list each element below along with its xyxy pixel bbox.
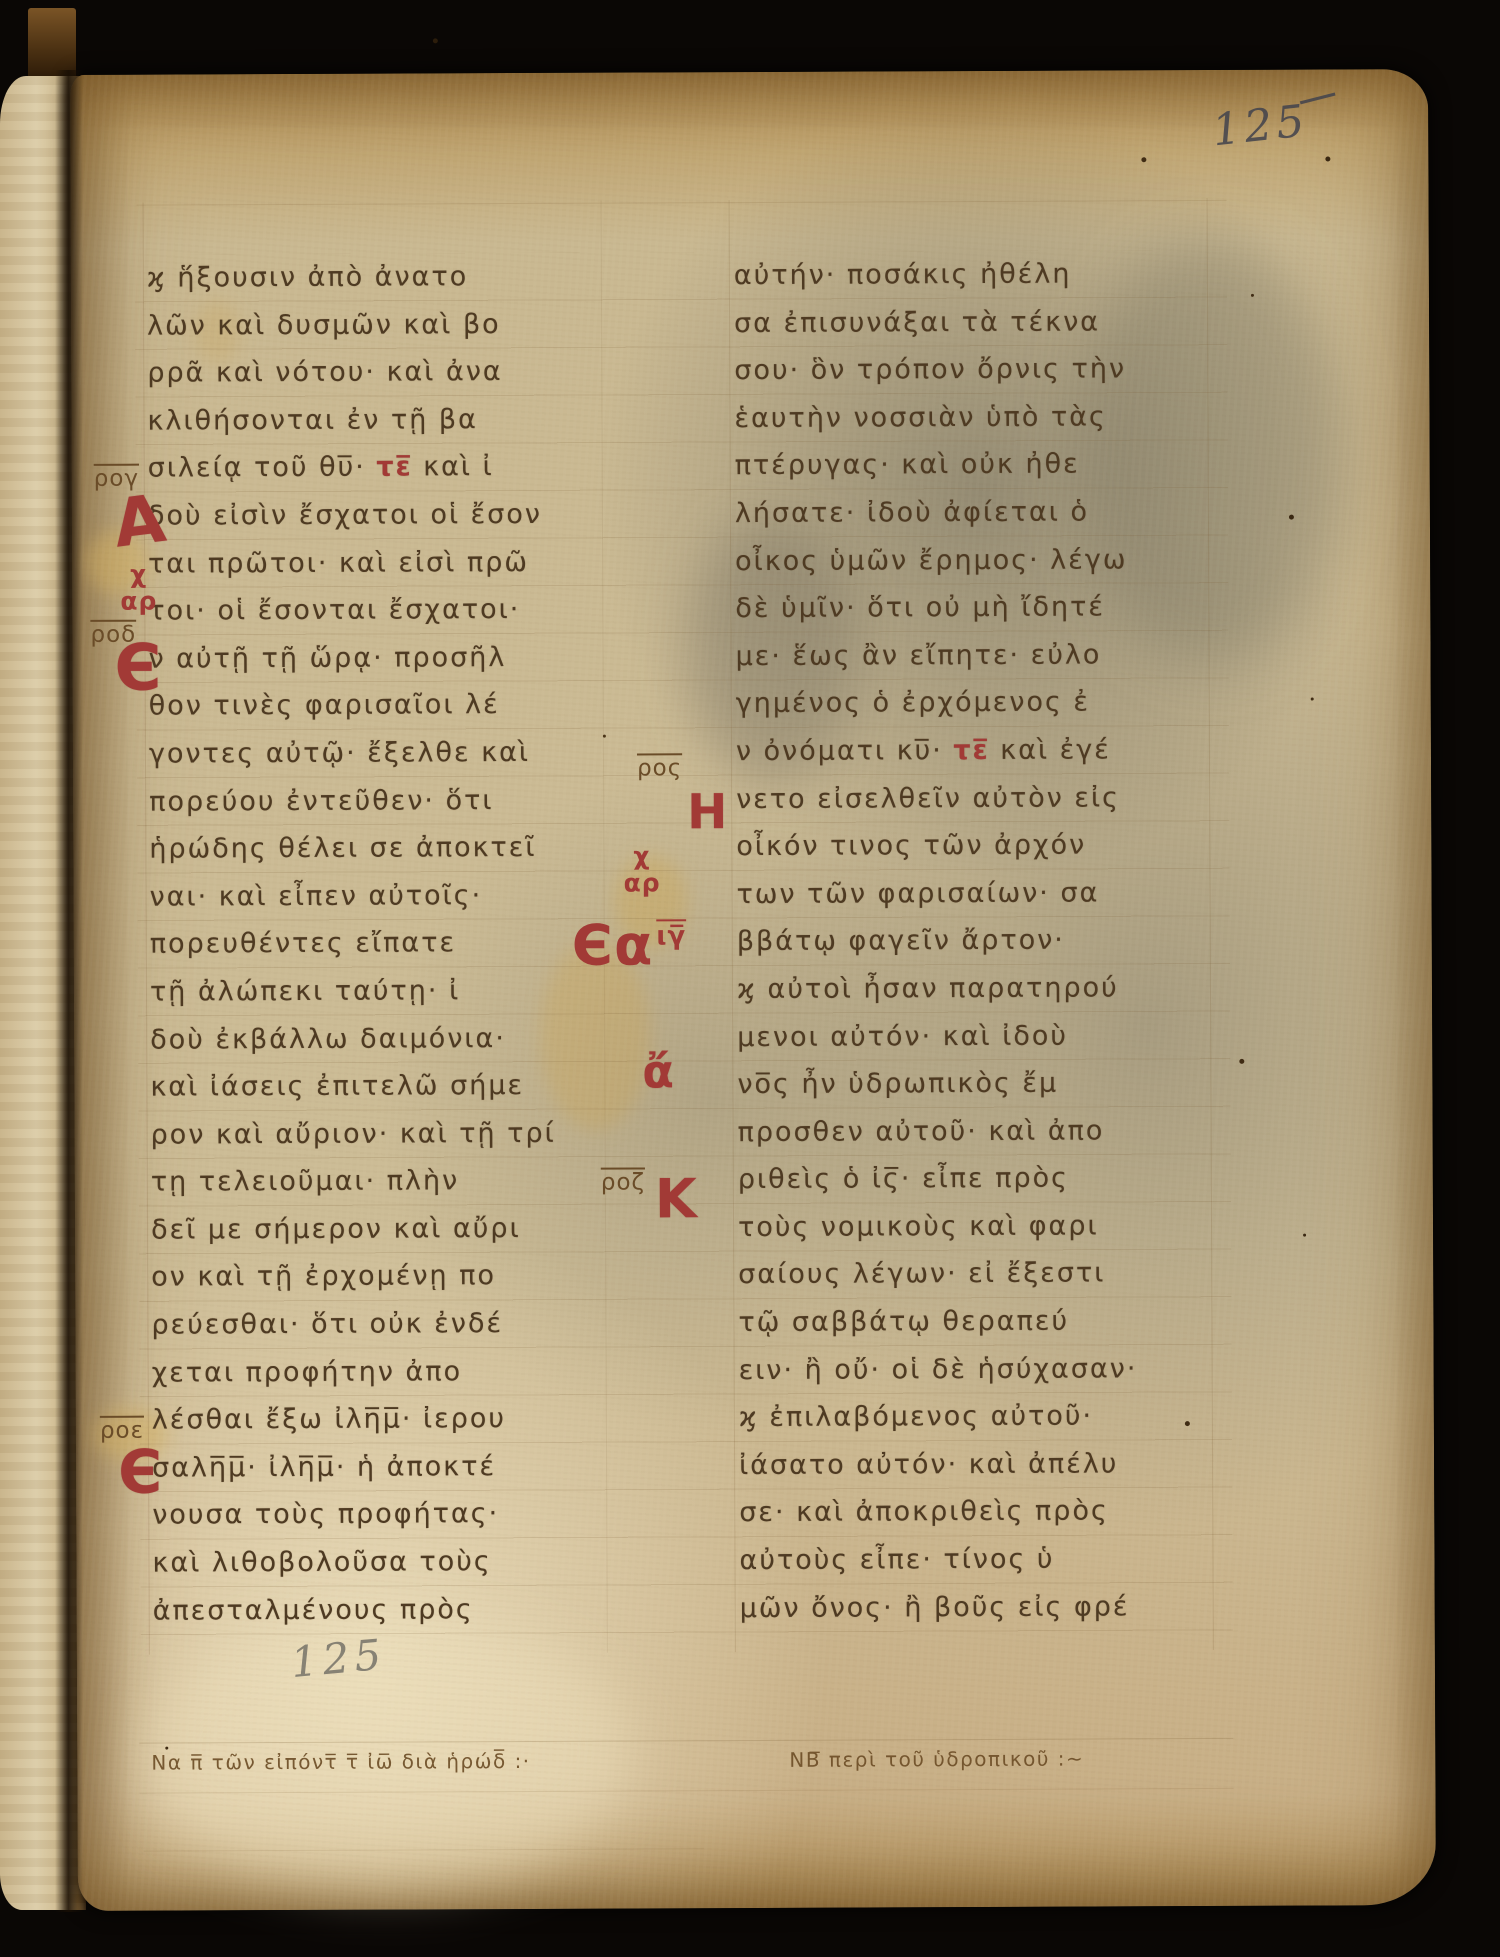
manuscript-photo: ϗ ἥξουσιν ἀπὸ ἀνατολῶν καὶ δυσμῶν καὶ βο… (0, 0, 1500, 1957)
text-column-left: ϗ ἥξουσιν ἀπὸ ἀνατολῶν καὶ δυσμῶν καὶ βο… (147, 252, 645, 1634)
text-line: λέσθαι ἔξω ἰλη̅μ̅· ἰερου (152, 1395, 644, 1445)
text-line: ἰάσατο αὐτόν· καὶ ἀπέλυ (739, 1440, 1231, 1490)
euaggelion-number: ιγ̅ (656, 921, 686, 951)
text-line: πτέρυγας· καὶ οὐκ ἠθε (735, 440, 1227, 490)
text-line: ϗ αὐτοὶ ἦσαν παρατηρού (737, 964, 1229, 1014)
text-line: ἡρώδης θέλει σε ἀποκτεῖ (149, 824, 641, 874)
text-line: σιλείᾳ τοῦ θυ̅· τε̅ καὶ ἰ (148, 443, 640, 493)
text-line: σε· καὶ ἀποκριθεὶς πρὸς (739, 1487, 1231, 1537)
text-line: οἶκόν τινος τῶν ἀρχόν (736, 821, 1228, 871)
text-line: νο̅ς ἦν ὑδρωπικὸς ἔμ (737, 1059, 1229, 1109)
rubric-initial-epsilon: Є (114, 637, 162, 701)
text-line: τῃ τελειοῦμαι· πλὴν (151, 1157, 643, 1207)
text-line: λῶν καὶ δυσμῶν καὶ βο (147, 300, 639, 350)
text-line: γημένος ὁ ἐρχόμενος ἐ (736, 678, 1228, 728)
text-line: λήσατε· ἰδοὺ ἀφίεται ὁ (735, 488, 1227, 538)
text-line: σα ἐπισυνάξαι τὰ τέκνα (734, 298, 1226, 348)
arche-lection-mark: χ αρ (623, 842, 660, 896)
text-line: ν ὀνόματι κυ̅· τε̅ καὶ ἐγέ (736, 726, 1228, 776)
manuscript-page: ϗ ἥξουσιν ἀπὸ ἀνατολῶν καὶ δυσμῶν καὶ βο… (70, 69, 1436, 1911)
text-line: σαίους λέγων· εἰ ἔξεστι (738, 1249, 1230, 1299)
text-line: ον καὶ τῇ ἐρχομένῃ πο (151, 1252, 643, 1302)
rubric-initial-kappa: Κ (655, 1172, 698, 1226)
ruling-line (139, 1738, 1233, 1744)
text-line: δεῖ με σήμερον καὶ αὔρι (151, 1204, 643, 1254)
ruling-line (144, 1848, 704, 1851)
text-line: των τῶν φαρισαίων· σα (736, 869, 1228, 919)
text-line: νετο εἰσελθεῖν αὐτὸν εἰς (736, 773, 1228, 823)
ammonian-section-number: ροζ (601, 1170, 645, 1195)
text-line: μενοι αὐτόν· καὶ ἰδοὺ (737, 1011, 1229, 1061)
rubric-initial-eta: Η (687, 788, 728, 836)
text-line: αὐτήν· ποσάκις ἠθέλη (734, 250, 1226, 300)
text-line: ρρᾶ καὶ νότου· καὶ ἀνα (147, 348, 639, 398)
text-column-right: αὐτήν· ποσάκις ἠθέλησα ἐπισυνάξαι τὰ τέκ… (734, 250, 1232, 1632)
rubric-initial-alpha: Α (110, 486, 170, 558)
folio-number-pencil: 125 (289, 1634, 388, 1685)
text-line: ρεύεσθαι· ὅτι οὐκ ἐνδέ (151, 1300, 643, 1350)
ammonian-section-number: ρος (637, 756, 682, 781)
text-line: γοντες αὐτῷ· ἔξελθε καὶ (149, 728, 641, 778)
euaggelion-initial: Єα (572, 913, 654, 978)
folio-number-ink: 125 (1210, 95, 1340, 153)
text-line: ειν· ἢ οὔ· οἱ δὲ ἡσύχασαν· (739, 1345, 1231, 1395)
book-gutter-shadow (55, 70, 83, 1912)
kephalaion-title-right: ΝΒ̅ περὶ τοῦ ὑδροπικοῦ :~ (789, 1747, 1084, 1772)
text-line: καὶ ἰάσεις ἐπιτελῶ σήμε (150, 1062, 642, 1112)
text-line: οἶκος ὑμῶν ἔρημος· λέγω (735, 535, 1227, 585)
text-line: μῶν ὄνος· ἢ βοῦς εἰς φρέ (740, 1583, 1232, 1633)
text-line: ϗ ἐπιλαβόμενος αὐτοῦ· (739, 1392, 1231, 1442)
text-line: τοι· οἱ ἔσονται ἔσχατοι· (148, 586, 640, 636)
arche-lection-mark: χ αρ (120, 561, 157, 615)
text-line: με· ἕως ἂν εἴπητε· εὐλο (735, 631, 1227, 681)
ruling-line (139, 1788, 1233, 1794)
text-line: ϗ ἥξουσιν ἀπὸ ἀνατο (147, 252, 639, 302)
text-line: ἑαυτὴν νοσσιὰν ὑπὸ τὰς (734, 393, 1226, 443)
text-line: θον τινὲς φαρισαῖοι λέ (149, 681, 641, 731)
text-line: ρον καὶ αὔριον· καὶ τῇ τρί (151, 1109, 643, 1159)
text-line: ββάτῳ φαγεῖν ἄρτον· (737, 916, 1229, 966)
text-line: ριθεὶς ὁ ἰς̅· εἶπε πρὸς (738, 1154, 1230, 1204)
text-line: δοὺ ἐκβάλλω δαιμόνια· (150, 1014, 642, 1064)
euaggelion-reference: Єαιγ̅ (572, 918, 687, 974)
text-line: τῇ ἀλώπεκι ταύτῃ· ἰ (150, 966, 642, 1016)
text-line: τοὺς νομικοὺς καὶ φαρι (738, 1202, 1230, 1252)
text-line: κλιθήσονται ἐν τῇ βα (147, 395, 639, 445)
ruling-line (137, 200, 1227, 206)
text-line: χεται προφήτην ἀπο (152, 1347, 644, 1397)
text-line: τῷ σαββάτῳ θεραπεύ (738, 1297, 1230, 1347)
text-line: ναι· καὶ εἶπεν αὐτοῖς· (149, 871, 641, 921)
text-line: ται πρῶτοι· καὶ εἰσὶ πρῶ (148, 538, 640, 588)
telos-rubric-mark: τε̅ (953, 735, 989, 766)
text-line: προσθεν αὐτοῦ· καὶ ἀπο (738, 1107, 1230, 1157)
text-line: ν αὐτῇ τῇ ὥρᾳ· προσῆλ (148, 633, 640, 683)
text-line: πορεύου ἐντεῦθεν· ὅτι (149, 776, 641, 826)
text-line: νουσα τοὺς προφήτας· (152, 1490, 644, 1540)
kephalaion-title-left: Να π̅ τῶν εἰπόντ̅ τ̅ ἰω̅ διὰ ἡρώδ̅ :· (151, 1749, 530, 1775)
telos-rubric-mark: τε̅ (376, 452, 412, 483)
text-line: σου· ὃν τρόπον ὄρνις τὴν (734, 345, 1226, 395)
text-line: αὐτοὺς εἶπε· τίνος ὑ (739, 1535, 1231, 1585)
text-line: καὶ λιθοβολοῦσα τοὺς (152, 1538, 644, 1588)
rubric-initial-epsilon: Є (118, 1443, 163, 1503)
text-line: ἀπεσταλμένους πρὸς (153, 1585, 645, 1635)
text-line: σαλη̅μ̅· ἰλη̅μ̅· ἡ ἀποκτέ (152, 1442, 644, 1492)
text-line: δοὺ εἰσὶν ἔσχατοι οἱ ἔσον (148, 490, 640, 540)
rubric-initial-alpha-breve: ἄ (642, 1048, 675, 1094)
text-line: δὲ ὑμῖν· ὅτι οὐ μὴ ἴδητέ (735, 583, 1227, 633)
text-line: πορευθέντες εἴπατε (150, 919, 642, 969)
